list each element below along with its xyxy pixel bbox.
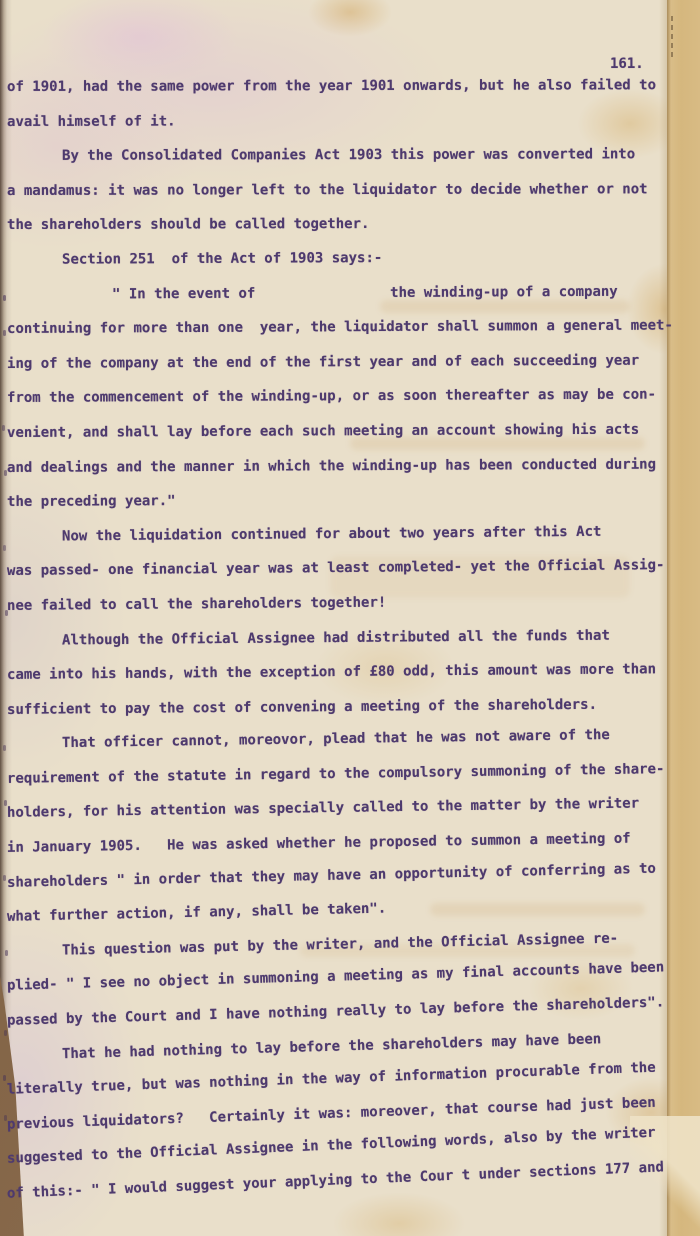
typewritten-line: from the commencement of the winding-up,… [0,378,700,416]
typewritten-line: came into his hands, with the exception … [0,652,700,693]
typewritten-line: Section 251 of the Act of 1903 says:- [0,239,700,277]
typewritten-line: By the Consolidated Companies Act 1903 t… [0,137,700,173]
typewritten-text: of 1901, had the same power from the yea… [0,70,700,1212]
document-page: 161. of 1901, had the same power from th… [0,0,700,1236]
typewritten-line: venient, and shall lay before each such … [0,412,700,450]
typewritten-line: the shareholders should be called togeth… [0,207,700,243]
typewritten-line: avail himself of it. [0,103,700,139]
typewritten-line: of 1901, had the same power from the yea… [0,68,700,104]
binding-dashed-line [671,16,673,60]
typewritten-line: and dealings and the manner in which the… [0,447,700,485]
typewritten-line: continuing for more than one year, the l… [0,308,700,346]
typewritten-line: nee failed to call the shareholders toge… [0,583,700,624]
typewritten-line: ing of the company at the end of the fir… [0,343,700,381]
typewritten-line: " In the event of the winding-up of a co… [0,274,700,312]
typewritten-line: a mandamus: it was no longer left to the… [0,172,700,208]
typewritten-line: was passed- one financial year was at le… [0,548,700,589]
